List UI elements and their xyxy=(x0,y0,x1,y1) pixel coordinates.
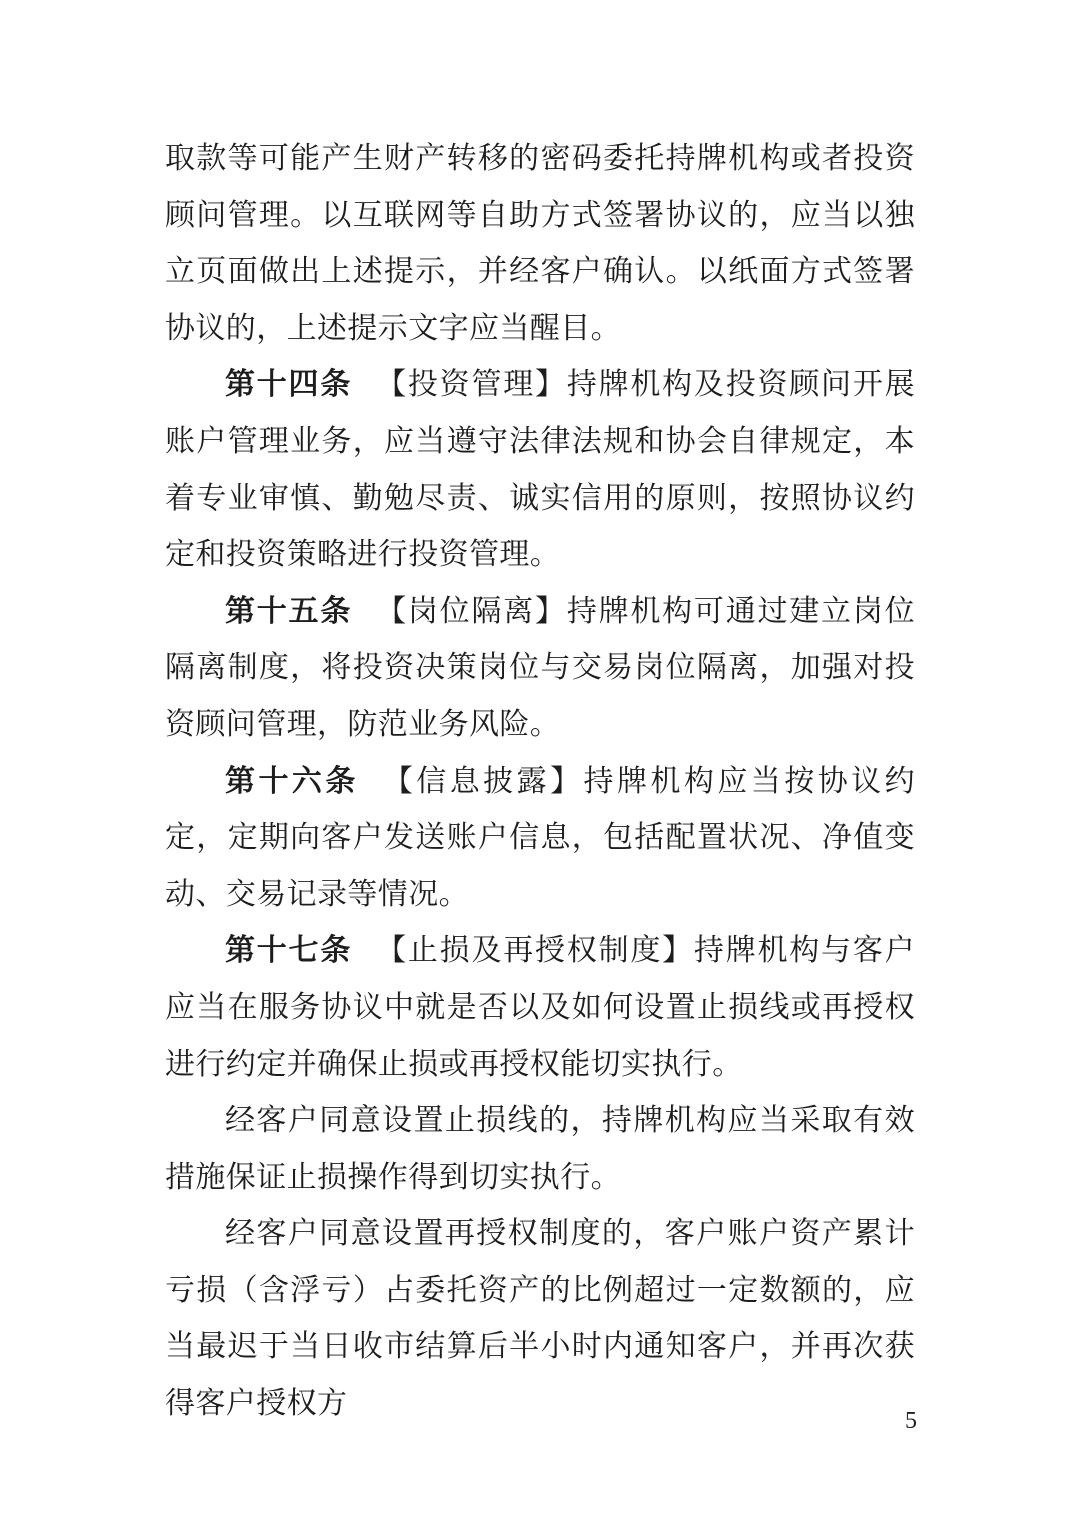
paragraph: 取款等可能产生财产转移的密码委托持牌机构或者投资顾问管理。以互联网等自助方式签署… xyxy=(165,131,915,357)
paragraph-text: 经客户同意设置再授权制度的，客户账户资产累计亏损（含浮亏）占委托资产的比例超过一… xyxy=(165,1217,915,1420)
paragraph-text: 取款等可能产生财产转移的密码委托持牌机构或者投资顾问管理。以互联网等自助方式签署… xyxy=(165,142,915,345)
paragraph: 经客户同意设置再授权制度的，客户账户资产累计亏损（含浮亏）占委托资产的比例超过一… xyxy=(165,1206,915,1432)
paragraph: 第十五条【岗位隔离】持牌机构可通过建立岗位隔离制度，将投资决策岗位与交易岗位隔离… xyxy=(165,584,915,754)
article-title: 【投资管理】 xyxy=(376,368,567,401)
paragraph: 第十七条【止损及再授权制度】持牌机构与客户应当在服务协议中就是否以及如何设置止损… xyxy=(165,923,915,1093)
document-page: 取款等可能产生财产转移的密码委托持牌机构或者投资顾问管理。以互联网等自助方式签署… xyxy=(0,0,1080,1527)
paragraph-text: 经客户同意设置止损线的，持牌机构应当采取有效措施保证止损操作得到切实执行。 xyxy=(165,1104,915,1194)
article-title: 【岗位隔离】 xyxy=(376,595,567,628)
paragraph: 第十四条【投资管理】持牌机构及投资顾问开展账户管理业务，应当遵守法律法规和协会自… xyxy=(165,357,915,583)
page-number: 5 xyxy=(905,1406,917,1436)
article-number: 第十六条 xyxy=(225,765,359,798)
article-number: 第十七条 xyxy=(225,934,352,967)
article-number: 第十四条 xyxy=(225,368,352,401)
document-body: 取款等可能产生财产转移的密码委托持牌机构或者投资顾问管理。以互联网等自助方式签署… xyxy=(165,131,915,1433)
paragraph: 经客户同意设置止损线的，持牌机构应当采取有效措施保证止损操作得到切实执行。 xyxy=(165,1093,915,1206)
paragraph: 第十六条【信息披露】持牌机构应当按协议约定，定期向客户发送账户信息，包括配置状况… xyxy=(165,754,915,924)
article-title: 【信息披露】 xyxy=(383,765,584,798)
article-number: 第十五条 xyxy=(225,595,352,628)
article-title: 【止损及再授权制度】 xyxy=(376,934,694,967)
